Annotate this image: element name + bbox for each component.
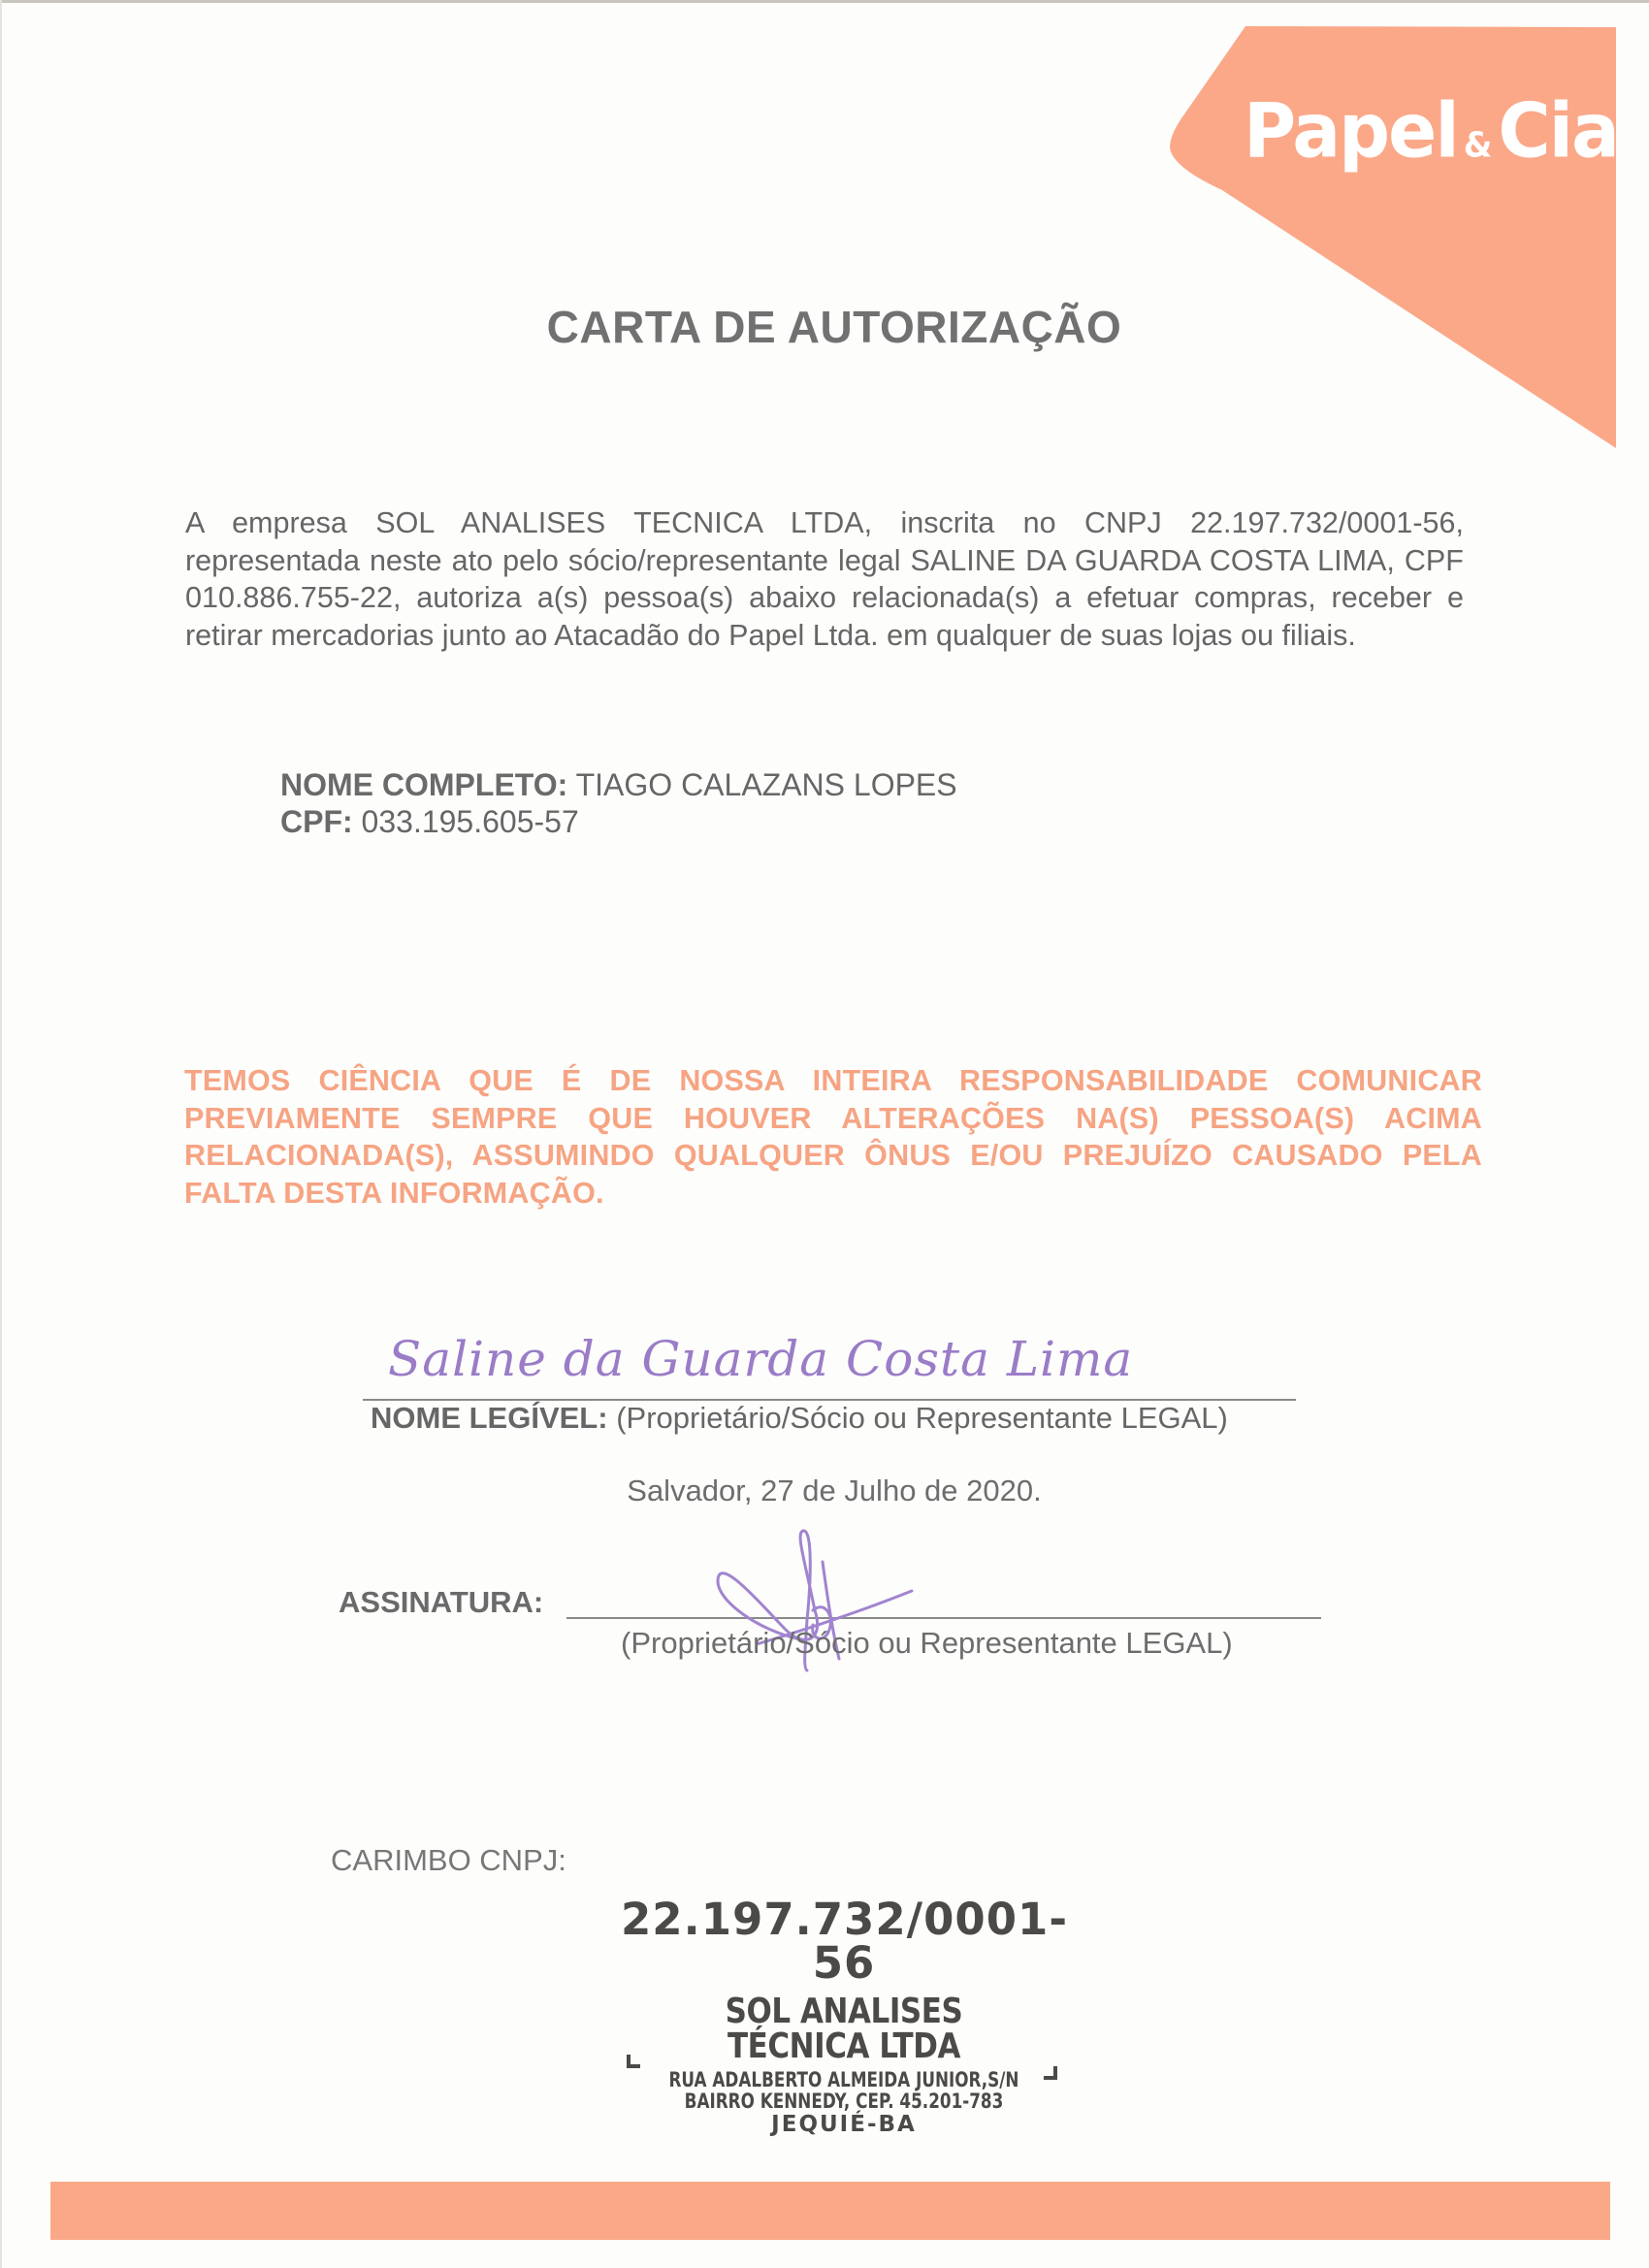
stamp-address-1: RUA ADALBERTO ALMEIDA JUNIOR,S/N xyxy=(665,2070,1022,2090)
brand-logo-shape xyxy=(1164,0,1649,466)
place-date: Salvador, 27 de Julho de 2020. xyxy=(0,1474,1649,1508)
legible-name-caption: NOME LEGÍVEL: (Proprietário/Sócio ou Rep… xyxy=(371,1401,1228,1436)
signature-sublabel: (Proprietário/Sócio ou Representante LEG… xyxy=(621,1626,1233,1661)
stamp-corner-bottom-right xyxy=(1044,2066,1057,2080)
brand-logo: Papel&Cia xyxy=(1244,93,1618,169)
stamp-city: JEQUIÉ-BA xyxy=(621,2114,1067,2136)
cpf-label: CPF: xyxy=(280,804,353,839)
logo-word-2: Cia xyxy=(1498,87,1618,175)
signature-label: ASSINATURA: xyxy=(339,1585,543,1620)
signature-line xyxy=(566,1617,1321,1619)
cpf-row: CPF: 033.195.605-57 xyxy=(280,803,957,840)
stamp-address-2: BAIRRO KENNEDY, CEP. 45.201-783 xyxy=(665,2091,1022,2112)
stamp-cnpj: 22.197.732/0001-56 xyxy=(621,1897,1067,1985)
stamp-label: CARIMBO CNPJ: xyxy=(331,1843,566,1878)
footer-accent-bar xyxy=(50,2182,1610,2240)
intro-paragraph: A empresa SOL ANALISES TECNICA LTDA, ins… xyxy=(185,504,1464,654)
legible-name-sublabel: (Proprietário/Sócio ou Representante LEG… xyxy=(616,1401,1228,1435)
authorized-person: NOME COMPLETO: TIAGO CALAZANS LOPES CPF:… xyxy=(280,766,957,840)
logo-word-1: Papel xyxy=(1244,87,1458,175)
cpf-value: 033.195.605-57 xyxy=(362,804,579,839)
company-stamp: 22.197.732/0001-56 SOL ANALISES TÉCNICA … xyxy=(621,1897,1067,2136)
legible-name-label: NOME LEGÍVEL: xyxy=(371,1401,608,1435)
name-value: TIAGO CALAZANS LOPES xyxy=(576,767,957,802)
responsibility-notice: TEMOS CIÊNCIA QUE É DE NOSSA INTEIRA RES… xyxy=(184,1062,1482,1212)
handwritten-name: Saline da Guarda Costa Lima xyxy=(388,1331,1133,1387)
document-title: CARTA DE AUTORIZAÇÃO xyxy=(0,301,1649,353)
stamp-company: SOL ANALISES TÉCNICA LTDA xyxy=(652,1994,1036,2064)
name-row: NOME COMPLETO: TIAGO CALAZANS LOPES xyxy=(280,766,957,803)
stamp-corner-bottom-left xyxy=(627,2055,640,2068)
logo-ampersand: & xyxy=(1464,125,1491,166)
name-label: NOME COMPLETO: xyxy=(280,767,567,802)
